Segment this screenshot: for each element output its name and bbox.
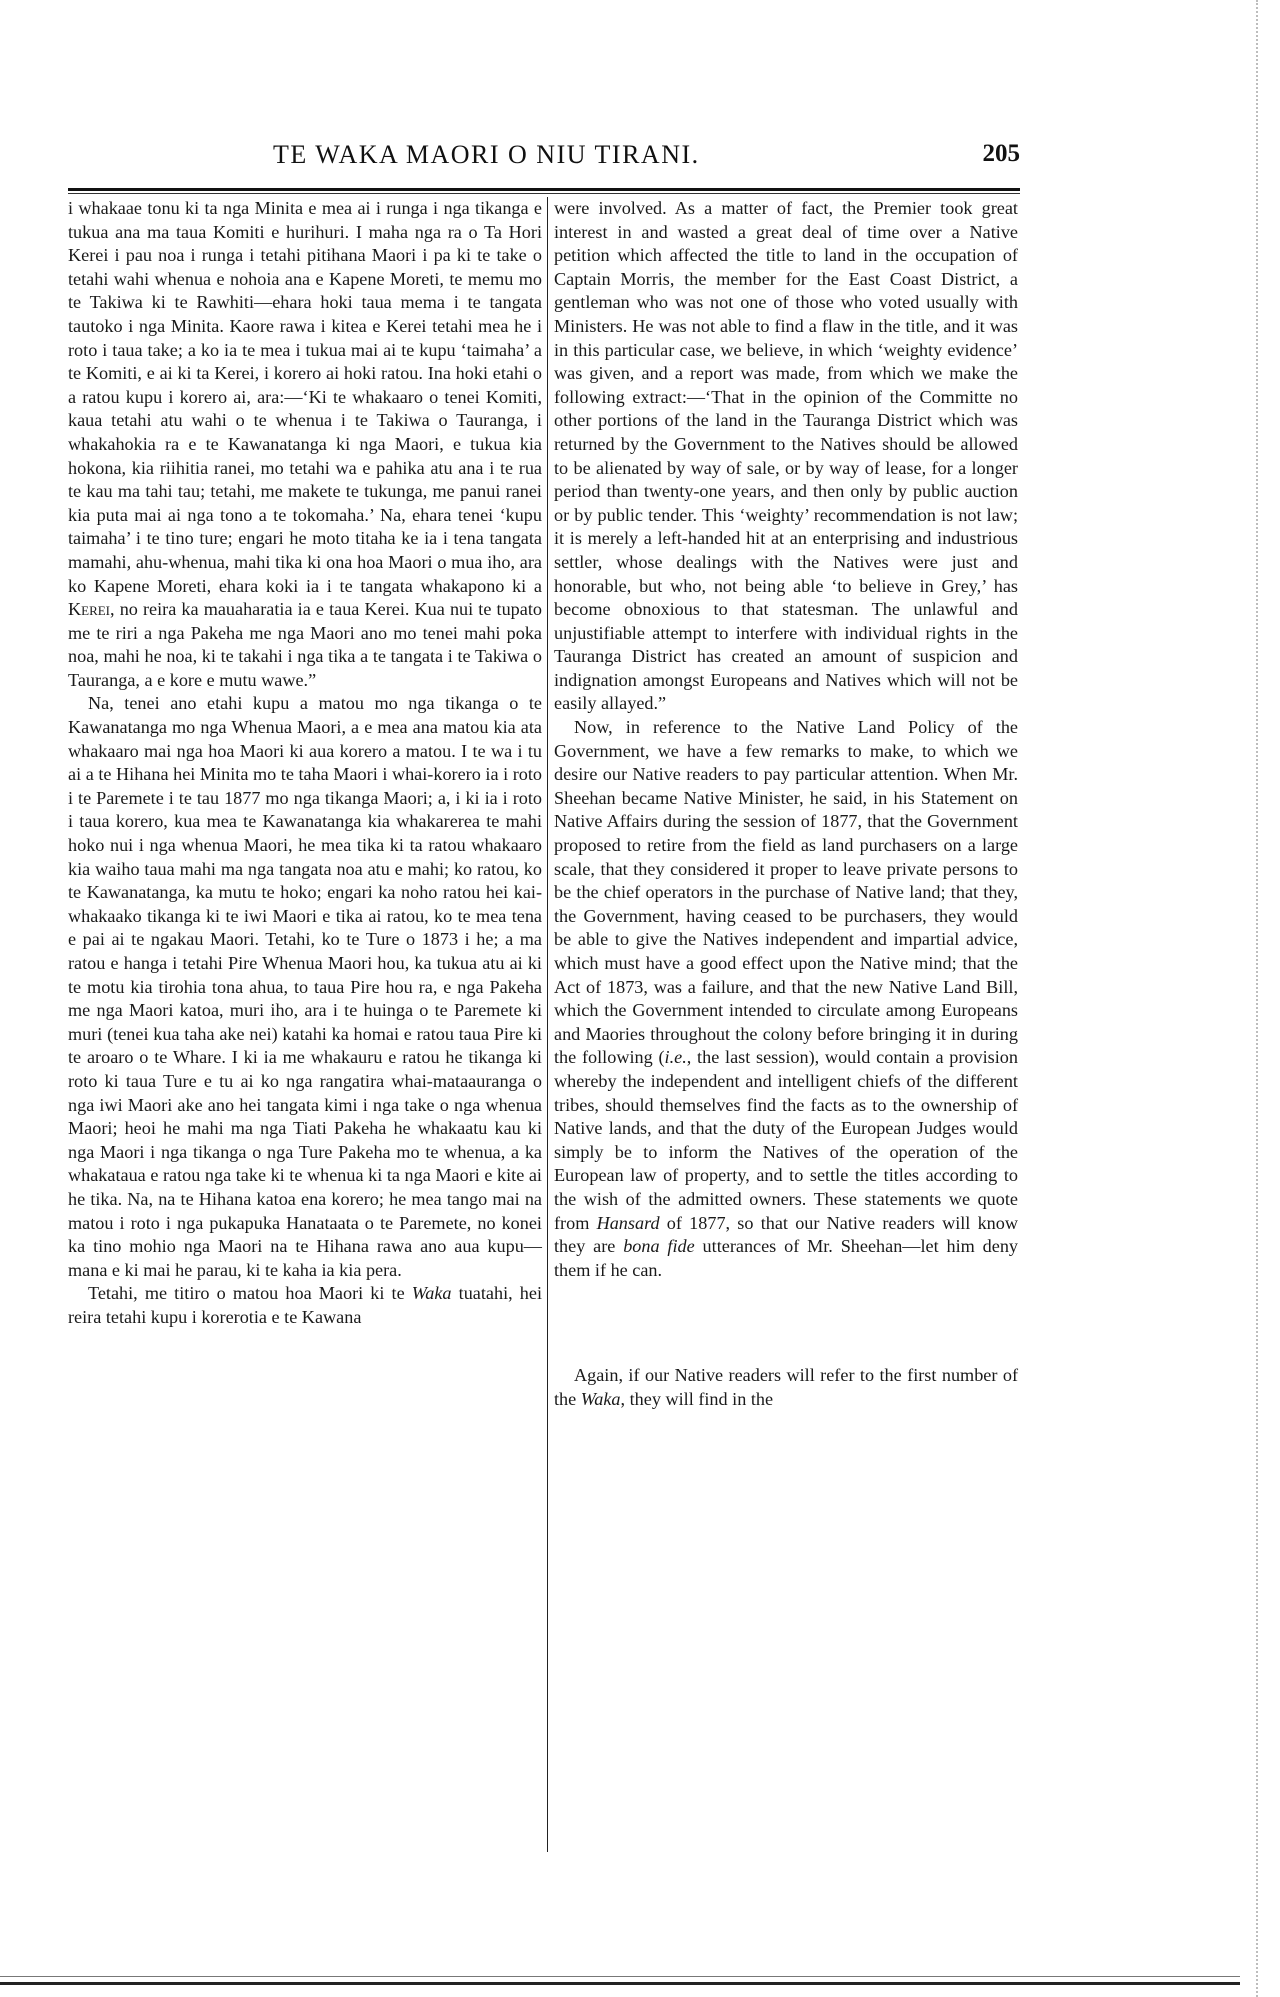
paragraph: Now, in reference to the Native Land Pol… (554, 716, 1018, 1282)
paragraph-text: , they will find in the (621, 1389, 774, 1409)
italic-title: Hansard (597, 1213, 660, 1233)
header-rule-thin (68, 193, 1020, 194)
page-title: TE WAKA MAORI O NIU TIRANI. (273, 140, 700, 170)
italic-title: Waka (581, 1389, 621, 1409)
paragraph-text: , the last session), would contain a pro… (554, 1047, 1018, 1232)
italic-title: Waka (412, 1283, 452, 1303)
column-divider (547, 197, 548, 1852)
paragraph: Tetahi, me titiro o matou hoa Maori ki t… (68, 1282, 542, 1329)
page-bottom-edge (0, 1982, 1240, 1985)
paragraph: Na, tenei ano etahi kupu a matou mo nga … (68, 692, 542, 1282)
right-column-english-text: were involved. As a matter of fact, the … (554, 197, 1018, 1412)
paragraph-text: i whakaae tonu ki ta nga Minita e mea ai… (68, 198, 542, 596)
paragraph-text: Tetahi, me titiro o matou hoa Maori ki t… (88, 1283, 405, 1303)
smallcaps-name: Kerei (68, 599, 110, 619)
paragraph-gap (554, 1282, 1018, 1364)
paragraph: i whakaae tonu ki ta nga Minita e mea ai… (68, 197, 542, 692)
page-bottom-edge-thin (0, 1976, 1240, 1977)
paragraph: were involved. As a matter of fact, the … (554, 197, 1018, 716)
page-edge-scan-artifact (1256, 0, 1272, 1997)
left-column-maori-text: i whakaae tonu ki ta nga Minita e mea ai… (68, 197, 542, 1330)
header-rule (68, 188, 1020, 191)
paragraph-text: , no reira ka mauaharatia ia e taua Kere… (68, 599, 542, 690)
running-header: TE WAKA MAORI O NIU TIRANI. 205 (68, 140, 1020, 180)
paragraph: Again, if our Native readers will refer … (554, 1364, 1018, 1411)
paragraph-text: Now, in reference to the Native Land Pol… (554, 717, 1018, 1067)
italic-phrase: bona fide (623, 1236, 695, 1256)
page-number: 205 (983, 140, 1021, 168)
italic-abbrev: i.e. (665, 1047, 687, 1067)
